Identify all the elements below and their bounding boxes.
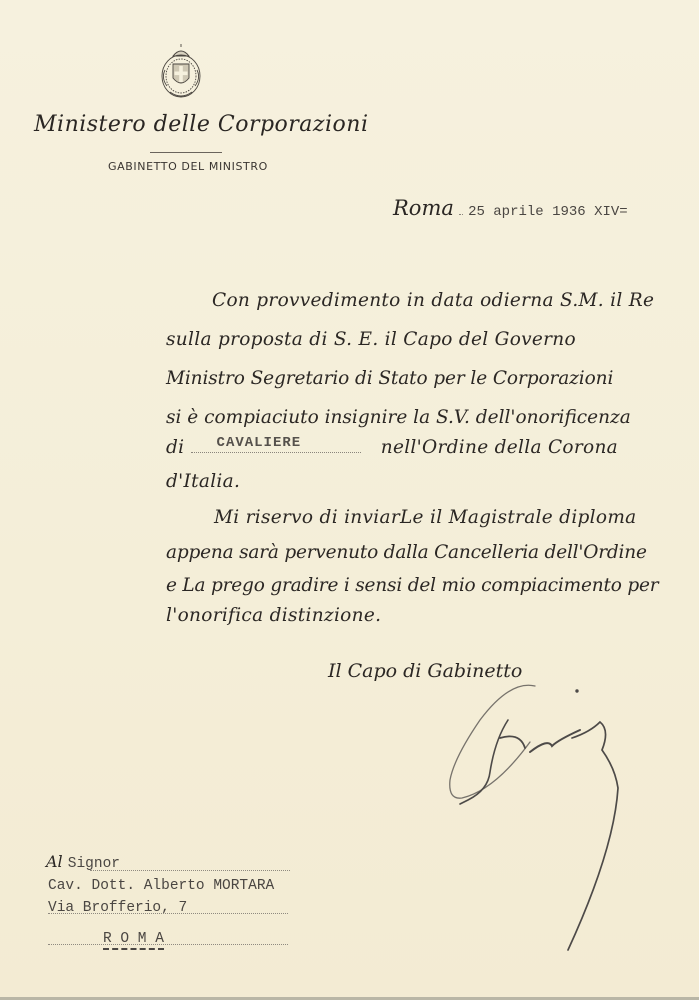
- royal-coat-of-arms-icon: [158, 44, 204, 102]
- handwritten-signature-icon: [440, 680, 670, 960]
- body-order: nell'Ordine della Corona: [381, 437, 618, 458]
- date-line: Roma 25 aprile 1936 XIV=: [393, 196, 628, 220]
- date-place: Roma: [393, 196, 454, 220]
- heading-divider: [150, 152, 222, 153]
- address-line-name: Cav. Dott. Alberto MORTARA: [48, 874, 274, 894]
- address-al: Al: [46, 852, 63, 871]
- body-line: appena sarà pervenuto dalla Cancelleria …: [166, 542, 647, 563]
- body-line: e La prego gradire i sensi del mio compi…: [166, 575, 658, 596]
- address-rule: [48, 913, 288, 914]
- body-line: sulla proposta di S. E. il Capo del Gove…: [166, 329, 576, 350]
- address-rule: [48, 944, 288, 945]
- body-line: Con provvedimento in data odierna S.M. i…: [212, 290, 654, 311]
- address-rule: [90, 870, 290, 871]
- honor-line: di CAVALIERE nell'Ordine della Corona: [166, 437, 618, 458]
- body-line: Ministro Segretario di Stato per le Corp…: [166, 368, 613, 389]
- body-line: Mi riservo di inviarLe il Magistrale dip…: [214, 507, 637, 528]
- body-line: d'Italia.: [166, 471, 240, 492]
- address-city: R O M A: [103, 931, 164, 950]
- closing-title: Il Capo di Gabinetto: [328, 660, 522, 682]
- body-line: l'onorifica distinzione.: [166, 605, 381, 626]
- ministry-heading: Ministero delle Corporazioni: [34, 112, 354, 137]
- body-line: si è compiaciuto insignire la S.V. dell'…: [166, 407, 631, 428]
- office-subheading: GABINETTO DEL MINISTRO: [108, 160, 268, 173]
- address-line-salutation: Al Signor: [46, 852, 120, 872]
- date-value: 25 aprile 1936 XIV=: [468, 204, 628, 220]
- body-word-di: di: [166, 437, 184, 458]
- address-name: Cav. Dott. Alberto MORTARA: [48, 878, 274, 894]
- honor-field: CAVALIERE: [191, 452, 361, 453]
- honor-title: CAVALIERE: [217, 435, 302, 451]
